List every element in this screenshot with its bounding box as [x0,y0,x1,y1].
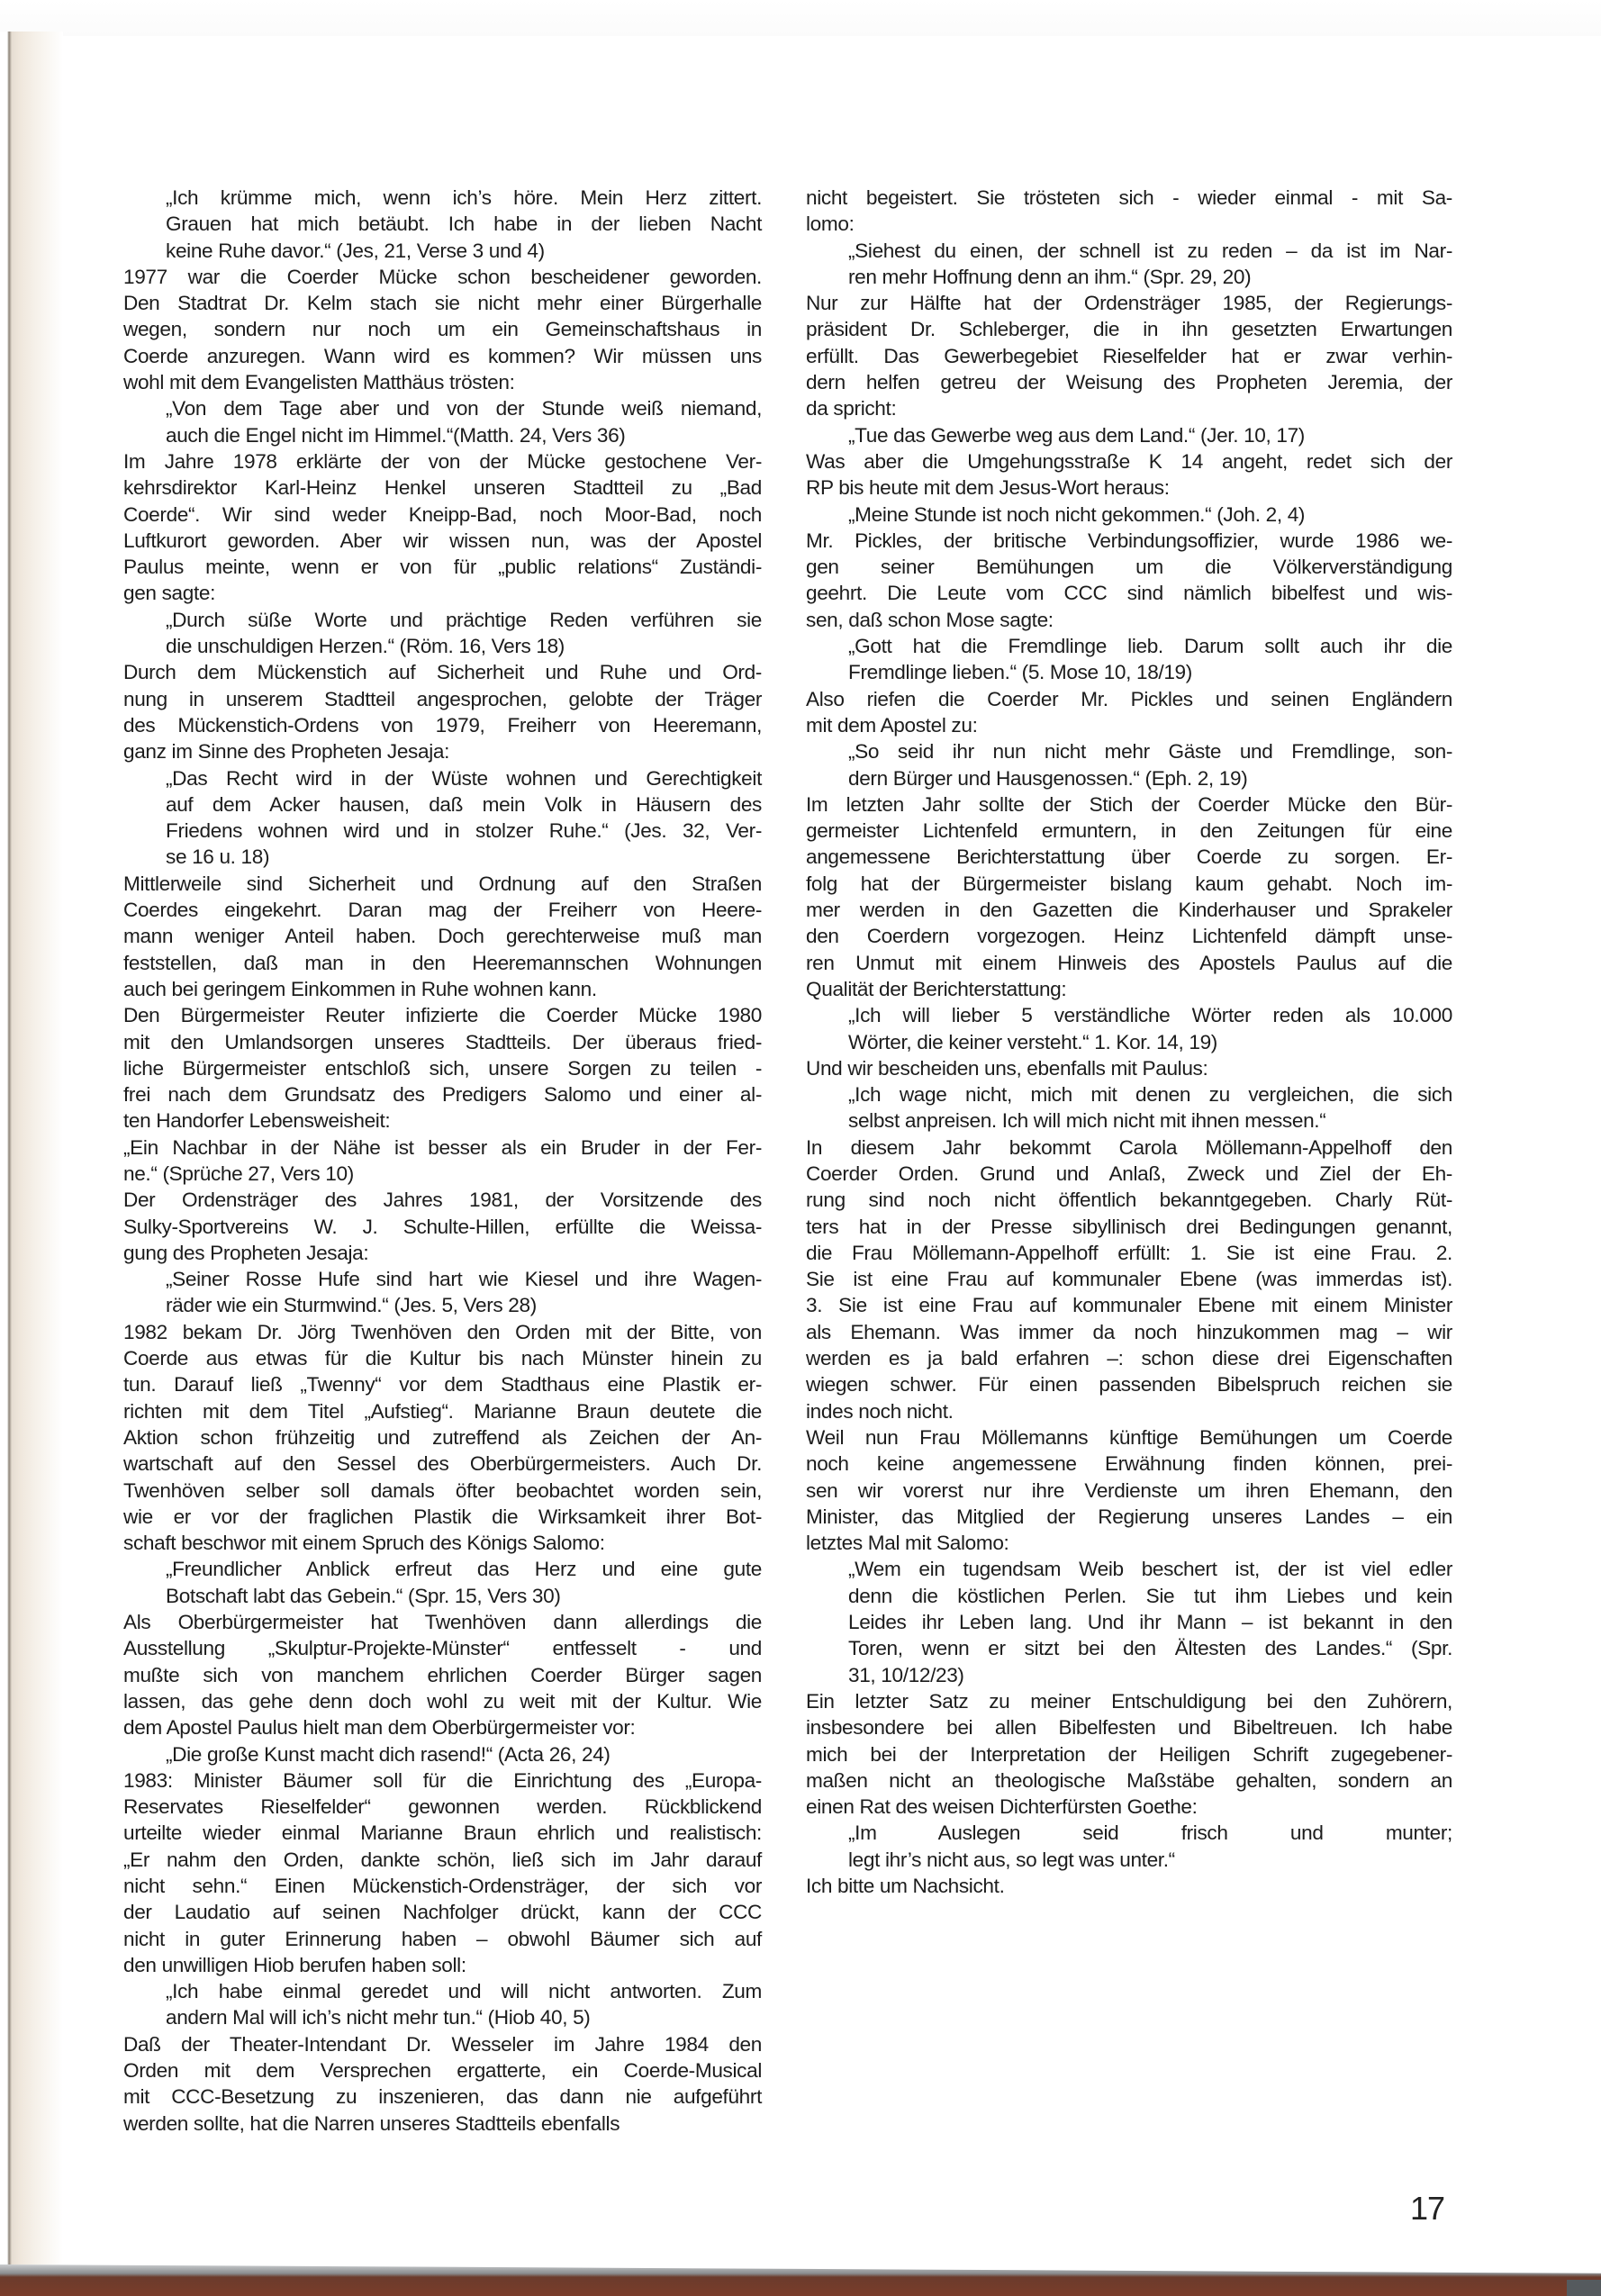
text-line: mich bei der Interpretation der Heiligen… [806,1741,1452,1767]
paragraph: „Ein Nachbar in der Nähe ist besser als … [123,1134,762,1188]
text-line: 1983: Minister Bäumer soll für die Einri… [123,1767,762,1794]
text-line: präsident Dr. Schleberger, die in ihn ge… [806,316,1452,342]
text-line: die unschuldigen Herzen.“ (Röm. 16, Vers… [166,633,762,659]
text-line: „Meine Stunde ist noch nicht gekommen.“ … [848,502,1452,528]
paragraph: Als Oberbürgermeister hat Twenhöven dann… [123,1609,762,1740]
text-line: „Von dem Tage aber und von der Stunde we… [166,395,762,421]
paragraph: nicht begeistert. Sie trösteten sich - w… [806,185,1452,238]
text-line: letztes Mal mit Salomo: [806,1530,1452,1556]
text-line: denn die köstlichen Perlen. Sie tut ihm … [848,1583,1452,1609]
page-top-margin [0,0,1601,36]
desk-edge-corner [1567,2280,1601,2296]
text-line: der Laudatio auf seinen Nachfolger drück… [123,1899,762,1925]
text-line: „Seiner Rosse Hufe sind hart wie Kiesel … [166,1266,762,1292]
text-line: 1982 bekam Dr. Jörg Twenhöven den Orden … [123,1319,762,1345]
text-line: da spricht: [806,395,1452,421]
text-line: mann weniger Anteil haben. Doch gerechte… [123,923,762,949]
text-line: mer werden in den Gazetten die Kinderhau… [806,897,1452,923]
text-line: Botschaft labt das Gebein.“ (Spr. 15, Ve… [166,1583,762,1609]
text-line: „Tue das Gewerbe weg aus dem Land.“ (Jer… [848,422,1452,448]
text-line: geehrt. Die Leute vom CCC sind nämlich b… [806,580,1452,606]
text-line: Und wir bescheiden uns, ebenfalls mit Pa… [806,1055,1452,1081]
text-line: legt ihr’s nicht aus, so legt was unter.… [848,1847,1452,1873]
text-line: rung sind noch nicht öffentlich bekanntg… [806,1187,1452,1213]
text-line: Fremdlinge lieben.“ (5. Mose 10, 18/19) [848,659,1452,685]
text-line: Den Stadtrat Dr. Kelm stach sie nicht me… [123,290,762,316]
paragraph: Was aber die Umgehungsstraße K 14 angeht… [806,448,1452,502]
text-line: Luftkurort geworden. Aber wir wissen nun… [123,528,762,554]
text-line: noch keine angemessene Erwähnung finden … [806,1451,1452,1477]
text-line: werden es ja bald erfahren –: schon dies… [806,1345,1452,1371]
text-line: germeister Lichtenfeld ermuntern, in den… [806,818,1452,844]
text-line: Durch dem Mückenstich auf Sicherheit und… [123,659,762,685]
text-line: „Siehest du einen, der schnell ist zu re… [848,238,1452,264]
text-line: sen, daß schon Mose sagte: [806,607,1452,633]
text-line: mußte sich von manchem ehrlichen Coerder… [123,1662,762,1688]
text-line: ne.“ (Sprüche 27, Vers 10) [123,1161,762,1187]
text-line: Aktion schon frühzeitig und zutreffend a… [123,1424,762,1451]
bible-quote: „Meine Stunde ist noch nicht gekommen.“ … [848,502,1452,528]
bible-quote: „Ich will lieber 5 verständliche Wörter … [848,1002,1452,1055]
text-line: Minister, das Mitglied der Regierung uns… [806,1504,1452,1530]
text-line: frei nach dem Grundsatz des Predigers Sa… [123,1081,762,1107]
text-line: indes noch nicht. [806,1398,1452,1424]
paragraph: Mr. Pickles, der britische Verbindungsof… [806,528,1452,633]
text-line: dern Bürger und Hausgenossen.“ (Eph. 2, … [848,765,1452,791]
text-line: Ich bitte um Nachsicht. [806,1873,1452,1899]
text-line: Nur zur Hälfte hat der Ordensträger 1985… [806,290,1452,316]
text-line: Daß der Theater-Intendant Dr. Wesseler i… [123,2031,762,2057]
text-line: des Mückenstich-Ordens von 1979, Freiher… [123,712,762,738]
text-line: nung in unserem Stadtteil angesprochen, … [123,686,762,712]
paragraph: Und wir bescheiden uns, ebenfalls mit Pa… [806,1055,1452,1081]
paragraph: 1977 war die Coerder Mücke schon beschei… [123,264,762,395]
text-line: wie er vor der fraglichen Plastik die Wi… [123,1504,762,1530]
left-text-column: „Ich krümme mich, wenn ich’s höre. Mein … [123,185,762,2137]
text-line: Wörter, die keiner versteht.“ 1. Kor. 14… [848,1029,1452,1055]
paragraph: Durch dem Mückenstich auf Sicherheit und… [123,659,762,764]
bible-quote: „Siehest du einen, der schnell ist zu re… [848,238,1452,291]
text-line: Weil nun Frau Möllemanns künftige Bemühu… [806,1424,1452,1451]
bible-quote: „Ich krümme mich, wenn ich’s höre. Mein … [166,185,762,264]
text-line: keine Ruhe davor.“ (Jes, 21, Verse 3 und… [166,238,762,264]
text-line: den Coerdern vorgezogen. Heinz Lichtenfe… [806,923,1452,949]
paragraph: 1982 bekam Dr. Jörg Twenhöven den Orden … [123,1319,762,1557]
bible-quote: „Tue das Gewerbe weg aus dem Land.“ (Jer… [848,422,1452,448]
bible-quote: „So seid ihr nun nicht mehr Gäste und Fr… [848,738,1452,791]
text-line: dem Apostel Paulus hielt man dem Oberbür… [123,1714,762,1740]
text-line: Der Ordensträger des Jahres 1981, der Vo… [123,1187,762,1213]
paragraph: Daß der Theater-Intendant Dr. Wesseler i… [123,2031,762,2137]
text-line: räder wie ein Sturmwind.“ (Jes. 5, Vers … [166,1292,762,1318]
text-line: auch die Engel nicht im Himmel.“(Matth. … [166,422,762,448]
paragraph: In diesem Jahr bekommt Carola Möllemann-… [806,1134,1452,1424]
text-line: gung des Propheten Jesaja: [123,1240,762,1266]
paragraph: Nur zur Hälfte hat der Ordensträger 1985… [806,290,1452,421]
text-line: liche Bürgermeister entschloß sich, unse… [123,1055,762,1081]
text-line: richten mit dem Titel „Aufstieg“. Marian… [123,1398,762,1424]
text-line: „Gott hat die Fremdlinge lieb. Darum sol… [848,633,1452,659]
text-line: ren Unmut mit einem Hinweis des Apostels… [806,950,1452,976]
bible-quote: „Das Recht wird in der Wüste wohnen und … [166,765,762,871]
text-line: „Ein Nachbar in der Nähe ist besser als … [123,1134,762,1161]
paragraph: Mittlerweile sind Sicherheit und Ordnung… [123,871,762,1002]
text-line: dern helfen getreu der Weisung des Proph… [806,369,1452,395]
text-line: mit den Umlandsorgen unseres Stadtteils.… [123,1029,762,1055]
text-line: „Ich krümme mich, wenn ich’s höre. Mein … [166,185,762,211]
text-line: insbesondere bei allen Bibelfesten und B… [806,1714,1452,1740]
text-line: wohl mit dem Evangelisten Matthäus tröst… [123,369,762,395]
text-line: mit CCC-Besetzung zu inszenieren, das da… [123,2084,762,2110]
paragraph: Ich bitte um Nachsicht. [806,1873,1452,1899]
paragraph: Ein letzter Satz zu meiner Entschuldigun… [806,1688,1452,1820]
text-line: Leides ihr Leben lang. Und ihr Mann – is… [848,1609,1452,1635]
paragraph: Der Ordensträger des Jahres 1981, der Vo… [123,1187,762,1266]
desk-edge [0,2264,1601,2296]
text-line: schaft beschwor mit einem Spruch des Kön… [123,1530,762,1556]
text-line: „Im Auslegen seid frisch und munter; [848,1820,1452,1846]
text-line: gen seiner Bemühungen um die Völkerverst… [806,554,1452,580]
text-line: Sulky-Sportvereins W. J. Schulte-Hillen,… [123,1214,762,1240]
text-line: Also riefen die Coerder Mr. Pickles und … [806,686,1452,712]
bible-quote: „Seiner Rosse Hufe sind hart wie Kiesel … [166,1266,762,1319]
text-line: Den Bürgermeister Reuter infizierte die … [123,1002,762,1028]
text-line: 31, 10/12/23) [848,1662,1452,1688]
text-line: In diesem Jahr bekommt Carola Möllemann-… [806,1134,1452,1161]
page-number: 17 [1410,2190,1444,2228]
text-line: „Er nahm den Orden, dankte schön, ließ s… [123,1847,762,1873]
text-line: Ein letzter Satz zu meiner Entschuldigun… [806,1688,1452,1714]
paragraph: Weil nun Frau Möllemanns künftige Bemühu… [806,1424,1452,1556]
text-line: auch bei geringem Einkommen in Ruhe wohn… [123,976,762,1002]
paragraph: Also riefen die Coerder Mr. Pickles und … [806,686,1452,739]
paragraph: Im letzten Jahr sollte der Stich der Coe… [806,791,1452,1002]
book-spine-shadow [0,32,63,2264]
text-line: ten Handorfer Lebensweisheit: [123,1107,762,1134]
text-line: Coerder Orden. Grund und Anlaß, Zweck un… [806,1161,1452,1187]
text-line: Reservates Rieselfelder“ gewonnen werden… [123,1794,762,1820]
text-line: werden sollte, hat die Narren unseres St… [123,2111,762,2137]
text-line: „Ich will lieber 5 verständliche Wörter … [848,1002,1452,1028]
text-line: „Die große Kunst macht dich rasend!“ (Ac… [166,1741,762,1767]
text-line: die Frau Möllemann-Appelhoff erfüllt: 1.… [806,1240,1452,1266]
text-line: Coerde“. Wir sind weder Kneipp-Bad, noch… [123,502,762,528]
text-line: Paulus meinte, wenn er von für „public r… [123,554,762,580]
text-line: nicht in guter Erinnerung haben – obwohl… [123,1926,762,1952]
text-line: kehrsdirektor Karl-Heinz Henkel unseren … [123,475,762,501]
text-line: Orden mit dem Versprechen ergatterte, ei… [123,2057,762,2084]
text-line: feststellen, daß man in den Heeremannsch… [123,950,762,976]
text-line: angemessene Berichterstattung über Coerd… [806,844,1452,870]
text-line: maßen nicht an theologische Maßstäbe geh… [806,1767,1452,1794]
text-line: Als Oberbürgermeister hat Twenhöven dann… [123,1609,762,1635]
text-line: se 16 u. 18) [166,844,762,870]
text-line: wegen, sondern nur noch um ein Gemeinsch… [123,316,762,342]
text-line: RP bis heute mit dem Jesus-Wort heraus: [806,475,1452,501]
bible-quote: „Von dem Tage aber und von der Stunde we… [166,395,762,448]
bible-quote: „Durch süße Worte und prächtige Reden ve… [166,607,762,660]
paragraph: Den Bürgermeister Reuter infizierte die … [123,1002,762,1134]
bible-quote: „Im Auslegen seid frisch und munter;legt… [848,1820,1452,1873]
bible-quote: „Wem ein tugendsam Weib beschert ist, de… [848,1556,1452,1687]
text-line: folg hat der Bürgermeister bislang kaum … [806,871,1452,897]
bible-quote: „Die große Kunst macht dich rasend!“ (Ac… [166,1741,762,1767]
bible-quote: „Ich wage nicht, mich mit denen zu vergl… [848,1081,1452,1134]
text-line: ters hat in der Presse sibyllinisch drei… [806,1214,1452,1240]
text-line: Ausstellung „Skulptur-Projekte-Münster“ … [123,1635,762,1661]
text-line: auf dem Acker hausen, daß mein Volk in H… [166,791,762,818]
text-line: sen wir vorerst nur ihre Verdienste um i… [806,1478,1452,1504]
text-line: Qualität der Berichterstattung: [806,976,1452,1002]
paragraph: Im Jahre 1978 erklärte der von der Mücke… [123,448,762,607]
text-line: Im letzten Jahr sollte der Stich der Coe… [806,791,1452,818]
text-line: „Das Recht wird in der Wüste wohnen und … [166,765,762,791]
text-line: lassen, das gehe denn doch wohl zu weit … [123,1688,762,1714]
text-line: Was aber die Umgehungsstraße K 14 angeht… [806,448,1452,475]
text-line: den unwilligen Hiob berufen haben soll: [123,1952,762,1978]
text-line: als Ehemann. Was immer da noch hinzukomm… [806,1319,1452,1345]
text-line: urteilte wieder einmal Marianne Braun eh… [123,1820,762,1846]
text-line: Grauen hat mich betäubt. Ich habe in der… [166,211,762,237]
text-line: Friedens wohnen wird und in stolzer Ruhe… [166,818,762,844]
text-line: Mittlerweile sind Sicherheit und Ordnung… [123,871,762,897]
text-line: gen sagte: [123,580,762,606]
text-line: 3. Sie ist eine Frau auf kommunaler Eben… [806,1292,1452,1318]
text-line: andern Mal will ich’s nicht mehr tun.“ (… [166,2004,762,2030]
text-line: 1977 war die Coerder Mücke schon beschei… [123,264,762,290]
text-line: Coerdes eingekehrt. Daran mag der Freihe… [123,897,762,923]
text-line: wiegen schwer. Für einen passenden Bibel… [806,1371,1452,1397]
text-line: wartschaft auf den Sessel des Oberbürger… [123,1451,762,1477]
text-line: „Freundlicher Anblick erfreut das Herz u… [166,1556,762,1582]
text-line: nicht sehn.“ Einen Mückenstich-Ordensträ… [123,1873,762,1899]
text-line: ren mehr Hoffnung denn an ihm.“ (Spr. 29… [848,264,1452,290]
text-line: mit dem Apostel zu: [806,712,1452,738]
text-line: Twenhöven selber soll damals öfter beoba… [123,1478,762,1504]
text-line: „Ich wage nicht, mich mit denen zu vergl… [848,1081,1452,1107]
text-line: lomo: [806,211,1452,237]
bible-quote: „Ich habe einmal geredet und will nicht … [166,1978,762,2031]
text-line: „Ich habe einmal geredet und will nicht … [166,1978,762,2004]
text-line: „Durch süße Worte und prächtige Reden ve… [166,607,762,633]
text-line: „So seid ihr nun nicht mehr Gäste und Fr… [848,738,1452,764]
text-line: Im Jahre 1978 erklärte der von der Mücke… [123,448,762,475]
text-line: einen Rat des weisen Dichterfürsten Goet… [806,1794,1452,1820]
text-line: ganz im Sinne des Propheten Jesaja: [123,738,762,764]
paragraph: 1983: Minister Bäumer soll für die Einri… [123,1767,762,1978]
bible-quote: „Freundlicher Anblick erfreut das Herz u… [166,1556,762,1609]
text-line: Coerde aus etwas für die Kultur bis nach… [123,1345,762,1371]
bible-quote: „Gott hat die Fremdlinge lieb. Darum sol… [848,633,1452,686]
text-line: Toren, wenn er sitzt bei den Ältesten de… [848,1635,1452,1661]
text-line: nicht begeistert. Sie trösteten sich - w… [806,185,1452,211]
right-text-column: nicht begeistert. Sie trösteten sich - w… [806,185,1452,1899]
text-line: Mr. Pickles, der britische Verbindungsof… [806,528,1452,554]
text-line: Sie ist eine Frau auf kommunaler Ebene (… [806,1266,1452,1292]
text-line: Coerde anzuregen. Wann wird es kommen? W… [123,343,762,369]
text-line: selbst anpreisen. Ich will mich nicht mi… [848,1107,1452,1134]
text-line: erfüllt. Das Gewerbegebiet Rieselfelder … [806,343,1452,369]
text-line: tun. Darauf ließ „Twenny“ vor dem Stadth… [123,1371,762,1397]
text-line: „Wem ein tugendsam Weib beschert ist, de… [848,1556,1452,1582]
